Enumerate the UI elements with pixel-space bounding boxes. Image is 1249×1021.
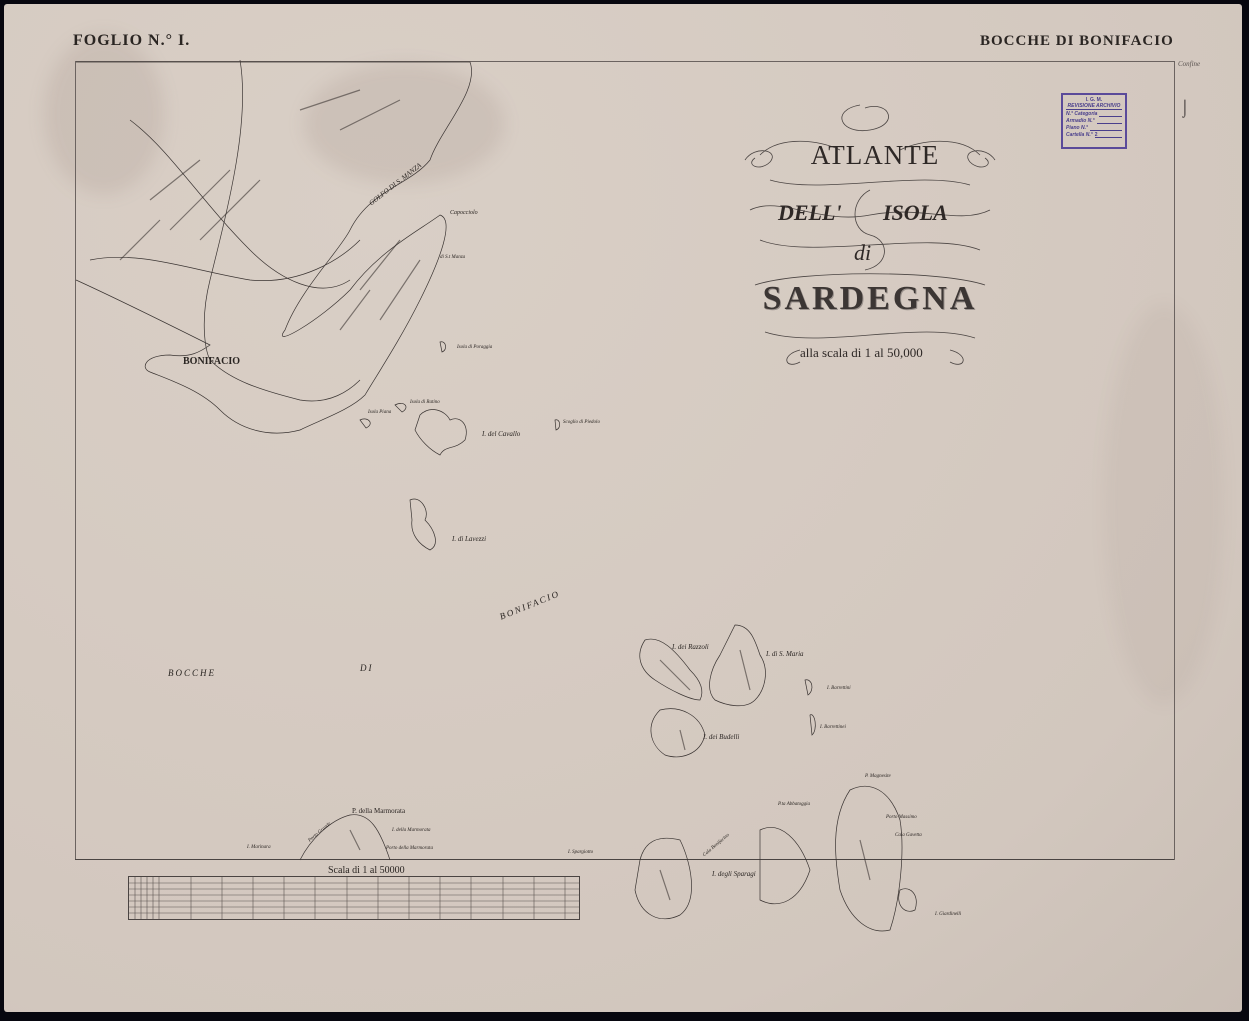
label-madalena: Cala Gavetta (895, 833, 922, 838)
label-i-marinara: I. Marinara (247, 845, 271, 850)
label-p-magnesite: P. Magnesite (865, 774, 891, 779)
label-i-razzoli: I. dei Razzoli (672, 643, 709, 651)
label-isola-piana: Isola Piana (368, 410, 391, 415)
label-p-abbatoggia: P.ta Abbatoggia (778, 802, 810, 807)
scale-bar-title: Scala di 1 al 50000 (328, 865, 405, 876)
label-strait-1: BOCCHE (168, 668, 216, 678)
label-i-spargiotto: I. Spargiotto (568, 850, 593, 855)
label-scoglio: Scoglio di Piedolo (563, 420, 600, 425)
label-i-barrettini: I. Barrettini (827, 686, 851, 691)
label-p-marmorata: P. della Marmorata (352, 807, 405, 815)
scale-bar (128, 876, 580, 920)
label-porto-massimo: Porto Massimo (886, 815, 917, 820)
label-porto-marmorata: Porto della Marmorata (386, 846, 433, 851)
label-i-spargi: I. degli Sparagi (712, 870, 756, 878)
label-i-budelli: I. dei Budelli (703, 733, 739, 741)
label-town: BONIFACIO (183, 356, 240, 367)
label-i-barrettinei: I. Barrettinei (820, 725, 846, 730)
label-isola-poraggia: Isola di Poraggia (457, 345, 492, 350)
label-i-giardinelli: I. Giardinelli (935, 912, 961, 917)
label-i-s-maria: I. di S. Maria (766, 650, 804, 658)
scale-bar-grid (129, 877, 579, 919)
label-st-manza: di S.t Manza (440, 255, 465, 260)
map-drawing (0, 0, 1249, 1021)
label-strait-2: DI (360, 663, 374, 673)
label-cape: Capocciolo (450, 210, 478, 216)
label-isola-ratino: Isola di Ratino (410, 400, 440, 405)
label-i-cavallo: I. del Cavallo (482, 430, 520, 438)
label-i-lavezzi: I. di Lavezzi (452, 535, 486, 543)
label-i-marmorata: I. della Marmorata (392, 828, 430, 833)
